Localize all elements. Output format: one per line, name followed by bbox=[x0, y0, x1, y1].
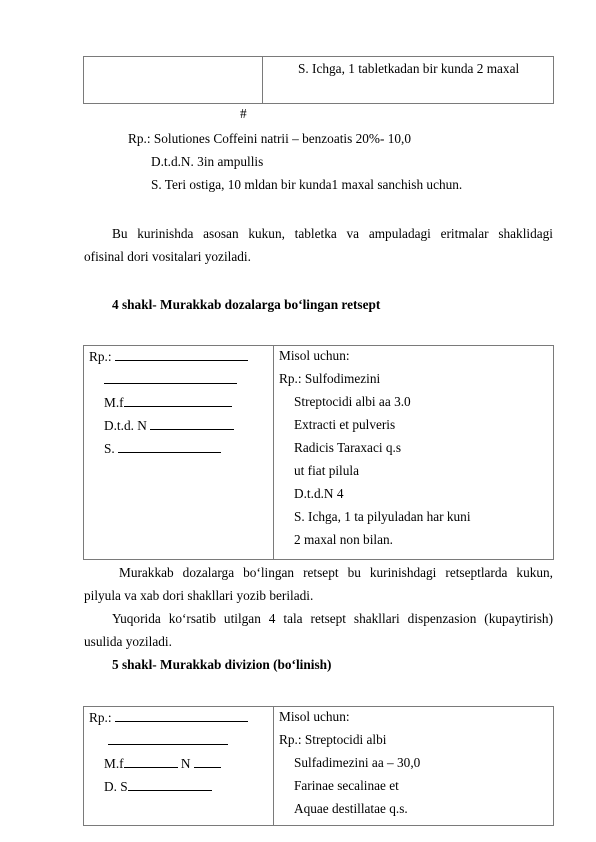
form-4-blank-row bbox=[104, 371, 237, 388]
form-4-example-line: ut fiat pilula bbox=[294, 463, 359, 479]
form-4-mf-label: M.f bbox=[104, 395, 124, 410]
form-5-n-blank bbox=[194, 755, 221, 768]
form-5-ds-label: D. S bbox=[104, 779, 128, 794]
form-5-ingredient-blank bbox=[108, 732, 228, 745]
form-5-table: Rp.: M.f N D. S Misol uchun: Rp.: Strept… bbox=[83, 706, 554, 826]
paragraph-3-line-2: usulida yoziladi. bbox=[84, 634, 172, 650]
paragraph-2-line-1: Murakkab dozalarga bo‘lingan retsept bu … bbox=[119, 565, 553, 581]
heading-form-4: 4 shakl- Murakkab dozalarga bo‘lingan re… bbox=[112, 297, 380, 313]
form-5-mf-row: M.f N bbox=[104, 755, 221, 772]
top-recipe-table: S. Ichga, 1 tabletkadan bir kunda 2 maxa… bbox=[83, 56, 554, 104]
top-table-right-cell: S. Ichga, 1 tabletkadan bir kunda 2 maxa… bbox=[263, 57, 554, 104]
paragraph-2-line-2: pilyula va xab dori shakllari yozib beri… bbox=[84, 588, 313, 604]
form-4-example-line: Rp.: Sulfodimezini bbox=[279, 371, 380, 387]
form-4-example-cell: Misol uchun: Rp.: Sulfodimezini Streptoc… bbox=[274, 346, 554, 560]
form-4-example-line: D.t.d.N 4 bbox=[294, 486, 344, 502]
form-4-rp-label: Rp.: bbox=[89, 349, 112, 364]
form-5-rp-label: Rp.: bbox=[89, 710, 112, 725]
form-5-blank-row bbox=[108, 732, 228, 749]
hash-mark: # bbox=[240, 106, 247, 122]
recipe-3-line-2: D.t.d.N. 3in ampullis bbox=[151, 154, 263, 170]
form-5-mf-blank bbox=[124, 755, 178, 768]
paragraph-1-line-2: ofisinal dori vositalari yoziladi. bbox=[84, 249, 251, 265]
form-5-mf-label: M.f bbox=[104, 756, 124, 771]
form-5-rp-row: Rp.: bbox=[89, 709, 248, 726]
form-4-mf-row: M.f bbox=[104, 394, 232, 411]
form-5-n-label: N bbox=[181, 756, 191, 771]
paragraph-1-line-1: Bu kurinishda asosan kukun, tabletka va … bbox=[112, 226, 553, 242]
form-5-example-line: Aquae destillatae q.s. bbox=[294, 801, 408, 817]
form-5-example-line: Sulfadimezini aa – 30,0 bbox=[294, 755, 420, 771]
form-4-example-line: Streptocidi albi aa 3.0 bbox=[294, 394, 411, 410]
form-4-table: Rp.: M.f D.t.d. N S. Misol uchun: Rp.: S… bbox=[83, 345, 554, 560]
form-4-example-line: S. Ichga, 1 ta pilyuladan har kuni bbox=[294, 509, 471, 525]
form-4-rp-row: Rp.: bbox=[89, 348, 248, 365]
heading-form-5: 5 shakl- Murakkab divizion (bo‘linish) bbox=[112, 657, 331, 673]
top-table-instruction: S. Ichga, 1 tabletkadan bir kunda 2 maxa… bbox=[298, 61, 519, 76]
recipe-3-line-1: Rp.: Solutiones Coffeini natrii – benzoa… bbox=[128, 131, 411, 147]
form-5-template-cell: Rp.: M.f N D. S bbox=[84, 707, 274, 826]
recipe-3-line-3: S. Teri ostiga, 10 mldan bir kunda1 maxa… bbox=[151, 177, 462, 193]
form-4-s-row: S. bbox=[104, 440, 221, 457]
form-4-s-blank bbox=[118, 440, 221, 453]
form-5-example-line: Farinae secalinae et bbox=[294, 778, 399, 794]
form-4-dtd-blank bbox=[150, 417, 234, 430]
form-4-template-cell: Rp.: M.f D.t.d. N S. bbox=[84, 346, 274, 560]
form-4-dtd-row: D.t.d. N bbox=[104, 417, 234, 434]
form-4-mf-blank bbox=[124, 394, 232, 407]
form-5-example-cell: Misol uchun: Rp.: Streptocidi albi Sulfa… bbox=[274, 707, 554, 826]
form-4-s-label: S. bbox=[104, 441, 115, 456]
form-4-dtd-label: D.t.d. N bbox=[104, 418, 147, 433]
form-4-example-line: Radicis Taraxaci q.s bbox=[294, 440, 401, 456]
form-5-example-title: Misol uchun: bbox=[279, 709, 350, 725]
form-4-ingredient-blank bbox=[104, 371, 237, 384]
form-4-example-line: Extracti et pulveris bbox=[294, 417, 395, 433]
form-5-rp-blank bbox=[115, 709, 248, 722]
form-5-ds-blank bbox=[128, 778, 212, 791]
paragraph-3-line-1: Yuqorida ko‘rsatib utilgan 4 tala retsep… bbox=[112, 611, 553, 627]
form-4-example-line: 2 maxal non bilan. bbox=[294, 532, 393, 548]
form-4-example-title: Misol uchun: bbox=[279, 348, 350, 364]
form-4-rp-blank bbox=[115, 348, 248, 361]
top-table-left-cell bbox=[84, 57, 263, 104]
form-5-example-line: Rp.: Streptocidi albi bbox=[279, 732, 386, 748]
form-5-ds-row: D. S bbox=[104, 778, 212, 795]
